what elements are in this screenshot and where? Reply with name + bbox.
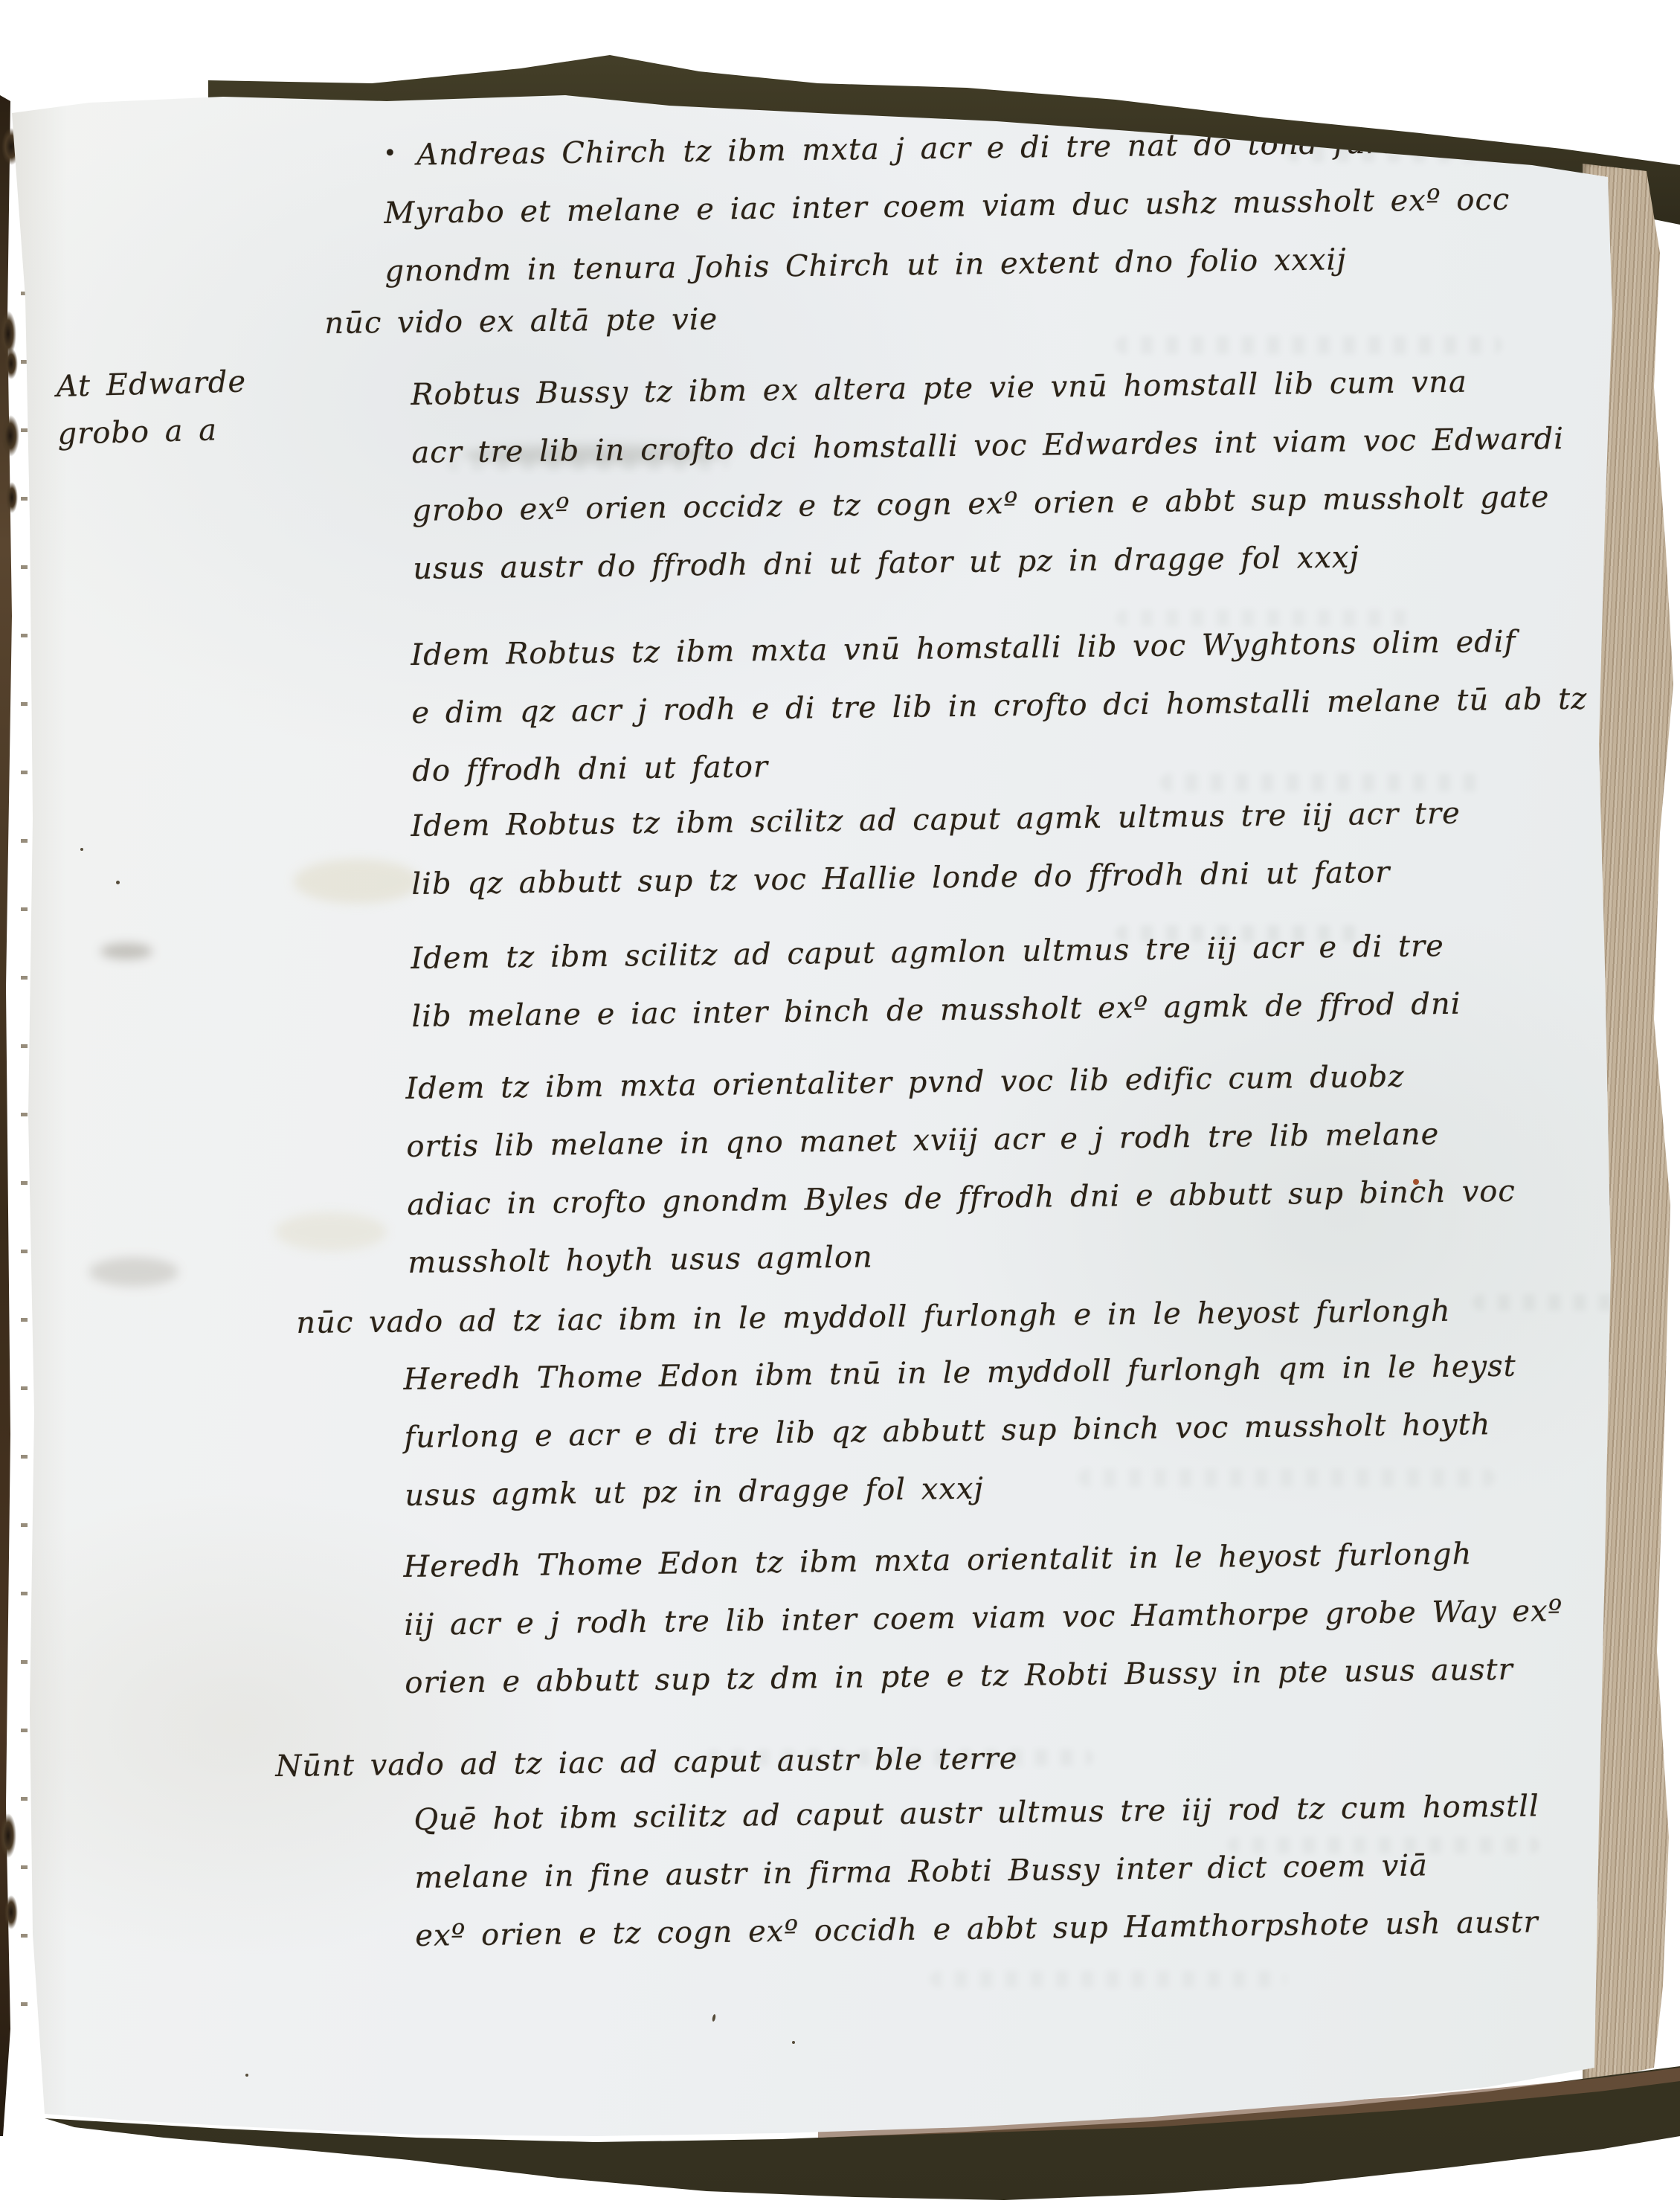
entry-idem-2: Idem tz ibm mxta orientaliter pvnd voc l…	[405, 1046, 1516, 1292]
stitch-knot	[4, 1895, 18, 1929]
ink-speck	[1096, 68, 1102, 75]
paper-stain	[275, 1212, 387, 1251]
ink-speck	[1533, 88, 1536, 91]
ink-smudge	[100, 943, 152, 959]
marginal-note: At Edwarde grobo a a	[56, 358, 248, 458]
entry-heredes-edon-2: Heredh Thome Edon tz ibm mxta orientalit…	[403, 1524, 1564, 1712]
entry-idem-1: Idem tz ibm scilitz ad caput agmlon ultm…	[411, 917, 1461, 1046]
ink-speck	[80, 848, 83, 851]
sewing-holes	[21, 223, 28, 2023]
stitch-knot	[0, 1813, 16, 1858]
entry-final: Quē hot ibm scilitz ad caput austr ultmu…	[413, 1778, 1541, 1965]
paper-stain	[294, 859, 420, 904]
marginal-note-line: grobo a a	[57, 405, 248, 458]
ink-speck	[792, 2041, 795, 2044]
folio-heading: ffolio xxº	[799, 36, 977, 86]
entry-robtus-bussy-1: Robtus Bussy tz ibm ex altera pte vie vn…	[411, 352, 1565, 598]
ink-smudge	[89, 1257, 178, 1287]
stitch-knot	[1, 415, 19, 457]
ink-speck	[245, 2074, 248, 2077]
ink-showthrough	[1116, 336, 1502, 354]
manuscript-leaf: ffolio xxº At Edwarde grobo a a •Andreas…	[0, 0, 1680, 2212]
ink-speck	[116, 881, 120, 884]
stitch-knot	[4, 348, 18, 379]
entry-robtus-bussy-3: Idem Robtus tz ibm scilitz ad caput agmk…	[411, 785, 1461, 913]
ink-showthrough	[930, 1971, 1287, 1987]
memorandum-note: nūc vido ex altā pte vie	[324, 290, 718, 353]
entry-robtus-bussy-2: Idem Robtus tz ibm mxta vnū homstalli li…	[411, 612, 1589, 800]
entry-heredes-edon-1: Heredh Thome Edon ibm tnū in le myddoll …	[403, 1337, 1518, 1525]
entry-bullet: •	[383, 125, 398, 183]
stitch-knot	[6, 482, 18, 513]
ink-speck	[1116, 69, 1122, 76]
manuscript-scan: ffolio xxº At Edwarde grobo a a •Andreas…	[0, 0, 1680, 2212]
marginal-note-line: At Edwarde	[56, 358, 247, 411]
ink-showthrough	[1249, 88, 1562, 104]
